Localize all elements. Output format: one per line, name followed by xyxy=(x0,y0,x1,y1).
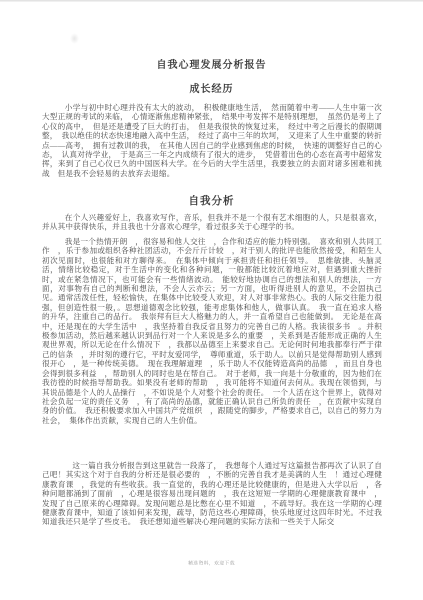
analysis-paragraph-interests: 在个人兴趣爱好上，我喜欢写作，音乐，但我并不是一个很有艺术细胞的人，只是很喜欢，… xyxy=(42,213,382,232)
section-heading-self-analysis: 自我分析 xyxy=(0,193,423,208)
section-heading-growth-experience: 成长经历 xyxy=(0,80,423,95)
document-title: 自我心理发展分析报告 xyxy=(0,56,423,71)
document-page: 自我心理发展分析报告 成长经历 小学与初中时心理并没有太大的波动， 积极健康地生… xyxy=(0,0,423,600)
analysis-paragraph-personality: 我是一个热情开朗 ，很容易和他人交往 ，合作和适应的能力特别强。 喜欢和别人共同… xyxy=(42,237,382,425)
growth-paragraph: 小学与初中时心理并没有太大的波动， 积极健康地生活， 然而随着中考——人生中第一… xyxy=(42,103,382,178)
analysis-paragraph-conclusion: 这一篇自我分析报告到这里就告一段落了， 我想每个人通过写这篇报告都再次了认识了自… xyxy=(42,461,382,527)
window-top-edge xyxy=(0,0,423,2)
page-footer: 精选资料，欢迎下载 xyxy=(42,559,380,566)
faint-mark xyxy=(70,33,79,44)
